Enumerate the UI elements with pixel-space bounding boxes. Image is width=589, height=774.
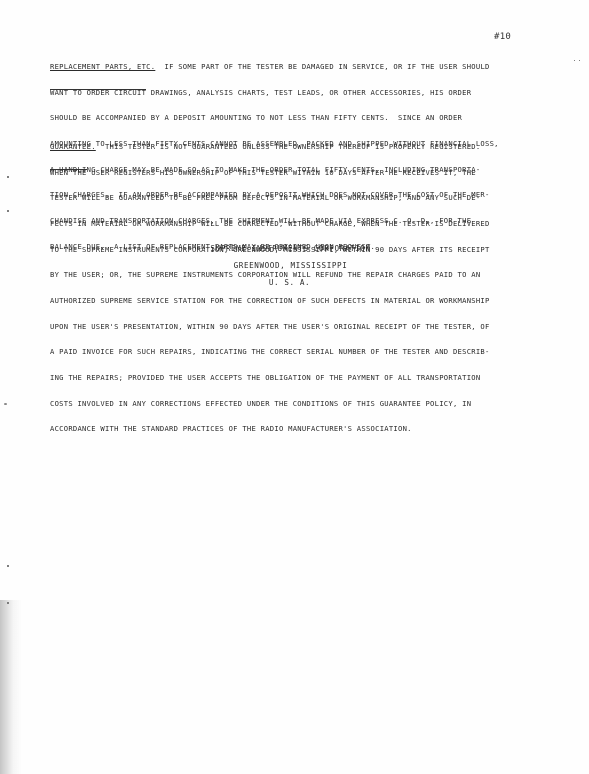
struck-text: WHEN THE (50, 168, 87, 177)
paragraph-line: Replacement Parts, Etc. IF SOME PART OF … (50, 63, 570, 72)
page-number: #10 (494, 32, 511, 42)
paragraph-line: AUTHORIZED SUPREME SERVICE STATION FOR T… (50, 297, 570, 306)
section-heading-replacement-parts: Replacement Parts, Etc. (50, 62, 155, 71)
paragraph-line: SHOULD BE ACCOMPANIED BY A DEPOSIT AMOUN… (50, 114, 570, 123)
paragraph-line: Guarantee. THIS TESTER IS NOT GUARANTEED… (50, 143, 570, 152)
signature-company: SUPREME INSTRUMENTS CORPORATION (0, 244, 585, 253)
scan-speck (7, 565, 9, 567)
paragraph-text: DRAWINGS, ANALYSIS CHARTS, TEST LEADS, O… (146, 88, 471, 97)
paragraph-text: IF SOME PART OF THE TESTER BE DAMAGED IN… (155, 62, 489, 71)
scan-speck (4, 403, 7, 405)
paragraph-line: WANT TO ORDER CIRCUIT DRAWINGS, ANALYSIS… (50, 89, 570, 98)
paragraph-line: TESTER WILL BE GUARANTEED TO BE FREE FRO… (50, 194, 570, 203)
paragraph-line: COSTS INVOLVED IN ANY CORRECTIONS EFFECT… (50, 400, 570, 409)
paragraph-line: UPON THE USER'S PRESENTATION, WITHIN 90 … (50, 323, 570, 332)
section-heading-guarantee: Guarantee. (50, 142, 96, 151)
paragraph-line: ING THE REPAIRS; PROVIDED THE USER ACCEP… (50, 374, 570, 383)
signature-city: GREENWOOD, MISSISSIPPI (0, 261, 585, 270)
paragraph-line: WHEN THE USER REGISTERS HIS OWNERSHIP OF… (50, 169, 570, 178)
paragraph-text: USER REGISTERS HIS OWNERSHIP OF THIS TES… (87, 168, 476, 177)
document-page: #10 Replacement Parts, Etc. IF SOME PART… (0, 0, 589, 774)
scan-speck (579, 60, 580, 61)
paragraph-line: ACCORDANCE WITH THE STANDARD PRACTICES O… (50, 425, 570, 434)
scan-edge-shadow (0, 600, 22, 774)
paragraph-text: THIS TESTER IS NOT GUARANTEED UNLESS THE… (96, 142, 481, 151)
struck-text: WANT TO ORDER CIRCUIT (50, 88, 146, 97)
paragraph-line: FECTS IN MATERIAL OR WORKMANSHIP WILL BE… (50, 220, 570, 229)
scan-speck (7, 210, 9, 212)
paragraph-guarantee: Guarantee. THIS TESTER IS NOT GUARANTEED… (50, 126, 570, 451)
scan-speck (7, 176, 9, 178)
signature-country: U. S. A. (0, 278, 584, 287)
paragraph-line: A PAID INVOICE FOR SUCH REPAIRS, INDICAT… (50, 348, 570, 357)
scan-speck (574, 60, 575, 61)
